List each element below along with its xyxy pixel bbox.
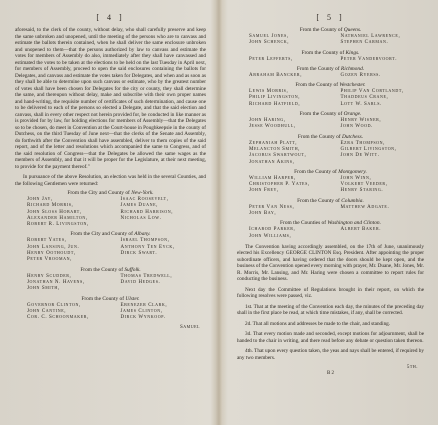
county-heading: From the County of Columbia.: [237, 198, 424, 205]
county-heading: From the County of Dutchess.: [237, 134, 424, 141]
delegate-name: [341, 234, 425, 240]
delegate-list: John Jay, Isaac Roosevelt, Richard Morri…: [15, 197, 206, 228]
delegate-name: Robert R. Livingston,: [27, 222, 113, 228]
rule-2: 2d. That all motions and addresses be ma…: [237, 321, 424, 328]
rule-1: 1st. That at the meeting of the Conventi…: [237, 304, 424, 317]
delegate-name: Peter Vrooman,: [27, 257, 113, 263]
delegate-name: Henry Staring.: [341, 188, 425, 194]
county-section-richmond: From the County of Richmond. Abraham Ban…: [237, 66, 424, 79]
county-section-washington-clinton: From the Counties of Washington and Clin…: [237, 220, 424, 240]
body-text: aforesaid, to the clerk of the county, w…: [15, 27, 206, 170]
delegate-name: Lott W. Sarls.: [341, 102, 425, 108]
delegate-name: Abraham Bancker,: [249, 73, 333, 79]
catchword: 5th.: [237, 364, 424, 370]
delegate-list: Peter Lefferts, Peter Vandervoort.: [237, 57, 424, 63]
county-section-kings: From the County of Kings. Peter Lefferts…: [237, 50, 424, 63]
delegate-name: Gozen Ryerss.: [341, 73, 425, 79]
delegate-name: Jonathan Akins,: [249, 160, 333, 166]
right-page: [ 5 ] From the County of Queens. Samuel …: [219, 0, 438, 425]
delegate-name: Richard Hatfield,: [249, 102, 333, 108]
county-heading: From the County of Queens.: [237, 27, 424, 34]
delegate-name: John Schenck,: [249, 40, 333, 46]
page-number: [ 5 ]: [237, 13, 424, 22]
resolution-text: In pursuance of the above Resolution, an…: [15, 174, 206, 187]
delegate-list: Governor Clinton, Ebenezer Clark, John C…: [15, 303, 206, 322]
delegate-name: Peter Vandervoort.: [341, 57, 425, 63]
delegate-list: John Haring, Henry Wisner, Jesse Woodhul…: [237, 118, 424, 131]
page-number: [ 4 ]: [15, 13, 206, 22]
county-heading: From the Counties of Washington and Clin…: [237, 220, 424, 227]
delegate-list: William Harper, John Winn, Christopher P…: [237, 176, 424, 195]
delegate-name: John Williams,: [249, 234, 333, 240]
book-spread: [ 4 ] aforesaid, to the clerk of the cou…: [0, 0, 438, 425]
delegate-name: [121, 222, 207, 228]
county-section-montgomery: From the County of Montgomery. William H…: [237, 169, 424, 195]
delegate-name: John Bay,: [249, 211, 333, 217]
catchword: Samuel: [15, 324, 206, 330]
left-page: [ 4 ] aforesaid, to the clerk of the cou…: [0, 0, 219, 425]
county-heading: From the County of Orange.: [237, 111, 424, 118]
delegate-name: [121, 286, 207, 292]
delegate-list: Abraham Bancker, Gozen Ryerss.: [237, 73, 424, 79]
county-heading: From the County of Westchester.: [237, 82, 424, 89]
delegate-list: Robert Yates, Israel Thompson, John Lans…: [15, 238, 206, 263]
delegate-list: Peter Van Ness, Matthew Adgate. John Bay…: [237, 205, 424, 218]
delegate-name: John Wood.: [341, 124, 425, 130]
county-heading: From the City and County of Albany.: [15, 231, 206, 238]
county-section-dutchess: From the County of Dutchess. Zephaniah P…: [237, 134, 424, 166]
county-section-orange: From the County of Orange. John Haring, …: [237, 111, 424, 131]
county-heading: From the County of Suffolk.: [15, 267, 206, 274]
delegate-name: Dirck Wynkoop.: [121, 315, 207, 321]
delegate-name: [341, 160, 425, 166]
county-section-new-york: From the City and County of New-York. Jo…: [15, 190, 206, 228]
signature-mark: B 2: [237, 371, 424, 376]
delegate-list: Ichabod Parker, Albert Baker. John Willi…: [237, 227, 424, 240]
delegate-list: Henry Scudder, Thomas Tredwell, Jonathan…: [15, 274, 206, 293]
county-section-westchester: From the County of Westchester. Lewis Mo…: [237, 82, 424, 108]
county-section-albany: From the City and County of Albany. Robe…: [15, 231, 206, 263]
county-heading: From the County of Ulster.: [15, 296, 206, 303]
delegate-name: Peter Lefferts,: [249, 57, 333, 63]
rule-4: 4th. That upon every question taken, the…: [237, 348, 424, 361]
county-heading: From the County of Richmond.: [237, 66, 424, 73]
convention-text: The Convention having accordingly assemb…: [237, 244, 424, 283]
county-heading: From the County of Montgomery.: [237, 169, 424, 176]
county-heading: From the City and County of New-York.: [15, 190, 206, 197]
delegate-name: Jesse Woodhull,: [249, 124, 333, 130]
county-section-queens: From the County of Queens. Samuel Jones,…: [237, 27, 424, 47]
county-section-suffolk: From the County of Suffolk. Henry Scudde…: [15, 267, 206, 293]
committee-text: Next day the Committee of Regulations br…: [237, 287, 424, 300]
delegate-list: Zephaniah Platt, Ezra Thompson, Melancto…: [237, 141, 424, 166]
delegate-name: Stephen Carman.: [341, 40, 425, 46]
delegate-list: Samuel Jones, Nathaniel Lawrence, John S…: [237, 34, 424, 47]
delegate-name: John Smith,: [27, 286, 113, 292]
delegate-name: Cor. C. Schoonmaker,: [27, 315, 113, 321]
county-section-ulster: From the County of Ulster. Governor Clin…: [15, 296, 206, 322]
county-section-columbia: From the County of Columbia. Peter Van N…: [237, 198, 424, 218]
county-heading: From the County of Kings.: [237, 50, 424, 57]
delegate-name: [341, 211, 425, 217]
delegate-name: [121, 257, 207, 263]
rule-3: 3d. That every motion made and seconded,…: [237, 331, 424, 344]
delegate-name: John Frey,: [249, 188, 333, 194]
delegate-list: Lewis Morris, Philip Van Cortlandt, Phil…: [237, 89, 424, 108]
